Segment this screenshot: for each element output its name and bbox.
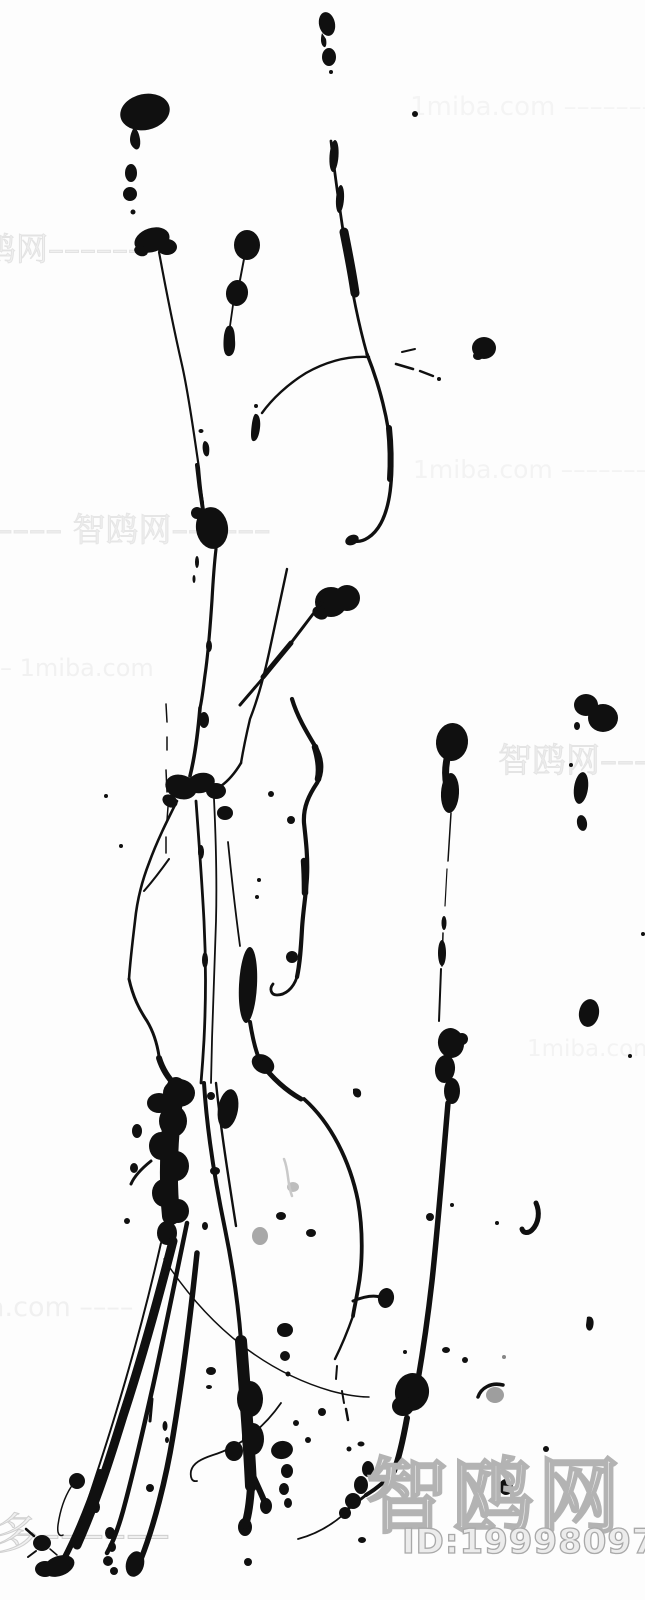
ink-splatter-art: [0, 0, 645, 1600]
ink-left-drip-chain: [117, 89, 260, 708]
ink-upper-strand-arcs: [199, 140, 497, 548]
ink-mid-crossing: [240, 569, 360, 763]
ink-right-drip-strand: [392, 694, 645, 1495]
artwork-canvas: 1miba.com ––––––– 智 鸥网–––––– 1miba.com –…: [0, 0, 645, 1600]
ink-bottom-center: [164, 1083, 503, 1566]
ink-junction-web: [104, 699, 321, 1099]
ink-gray-marks: [252, 1159, 504, 1403]
ink-top-drips: [317, 11, 418, 117]
ink-left-cluster-fan: [26, 1058, 281, 1581]
ink-bottom-right-group: [298, 1418, 407, 1543]
